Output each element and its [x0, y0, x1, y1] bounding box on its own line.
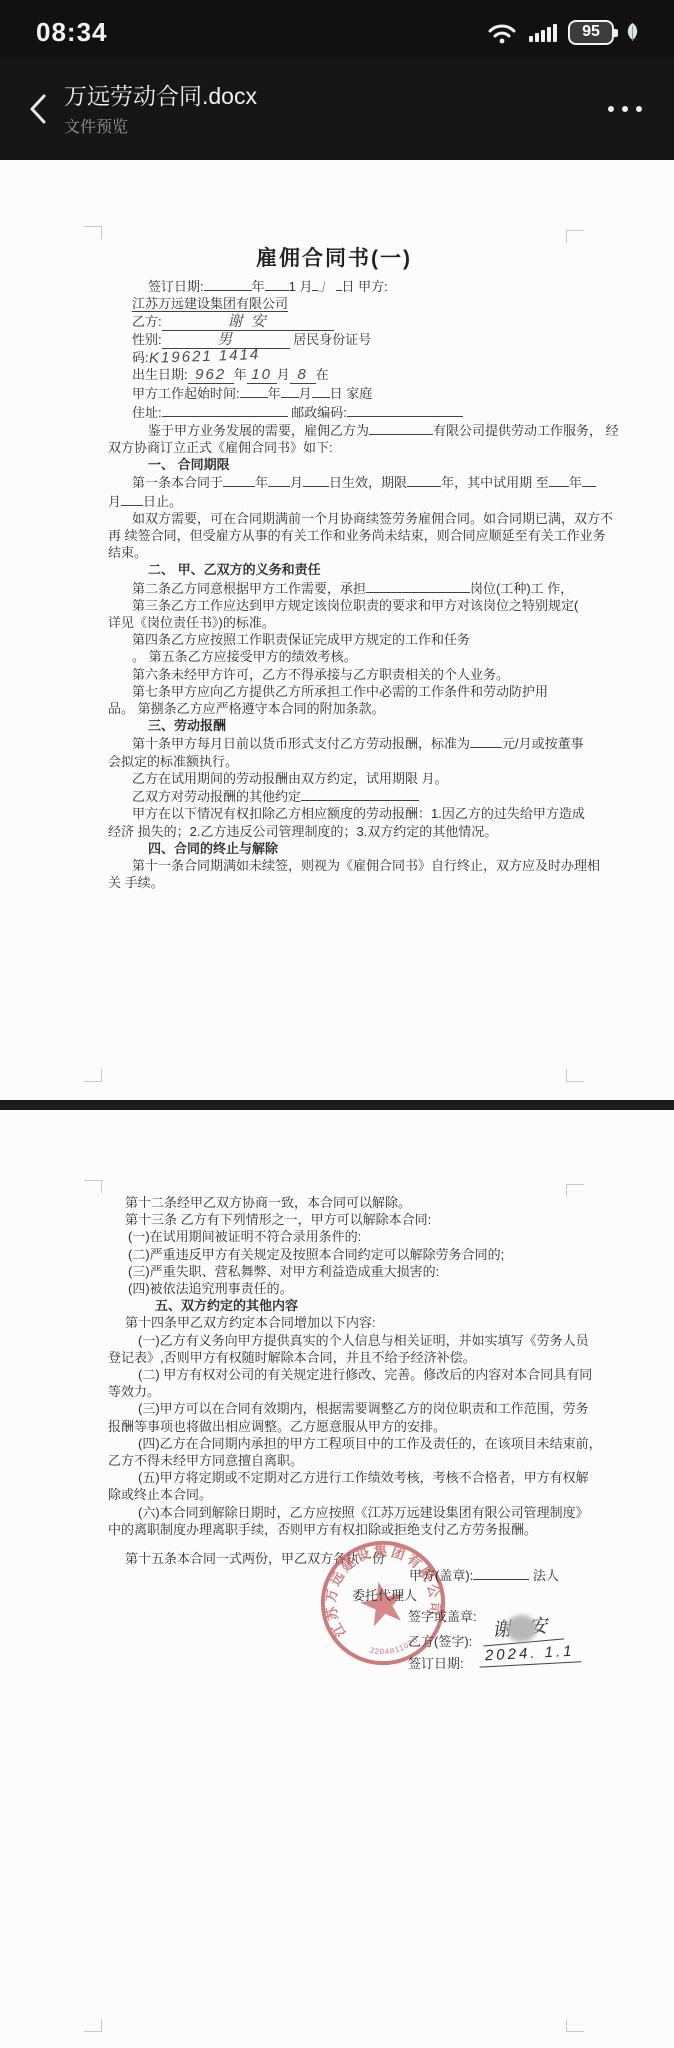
agent-label: 委托代理人 — [352, 1585, 417, 1604]
text-segment: 日 甲方: — [342, 279, 388, 294]
back-icon — [27, 92, 49, 126]
doc-line: 乙方不得未经甲方同意擅自离职。 — [108, 1452, 618, 1469]
blank-field — [162, 403, 288, 417]
party-b-label: 乙方(签字): — [408, 1631, 472, 1650]
leaf-icon — [625, 22, 640, 42]
doc-line: 鉴于甲方业务发展的需要，雇佣乙方为有限公司提供劳动工作服务， 经 — [148, 421, 618, 439]
app-bar: 万远劳动合同.docx 文件预览 — [0, 58, 674, 160]
page1-content: 雇佣合同书(一) 签订日期:年1 月」日 甲方:江苏万远建设集团有限公司乙方:谢… — [0, 160, 674, 891]
doc-line: 等效力。 — [108, 1383, 618, 1400]
doc-line: (五)甲方将定期或不定期对乙方进行工作绩效考核，考核不合格者，甲方有权解 — [138, 1469, 618, 1486]
doc-line: 五、双方约定的其他内容 — [155, 1297, 618, 1314]
text-segment: (四)被依法追究刑事责任的。 — [128, 1281, 293, 1296]
text-segment: 签订日期: — [148, 279, 204, 294]
more-icon — [608, 106, 614, 112]
doc-line: (三)甲方可以在合同有效期内，根据需要调整乙方的岗位职责和工作范围，劳务 — [138, 1400, 618, 1417]
blank-field — [312, 384, 330, 398]
text-segment: 年，其中试用期 至 — [441, 475, 549, 490]
blank-field — [121, 492, 143, 506]
text-segment: 第十条甲方每月日前以货币形式支付乙方劳动报酬，标准为 — [132, 736, 470, 751]
doc-line: 第十四条甲乙双方约定本合同增加以下内容: — [125, 1314, 618, 1331]
doc-line: 第二条乙方同意根据甲方工作需要，承担岗位(工种)工 作， — [132, 579, 618, 597]
text-segment: (三)严重失职、营私舞弊、对甲方利益造成重大损害的: — [128, 1264, 439, 1279]
doc-line: 关 手续。 — [108, 874, 618, 891]
text-segment: 月 — [277, 367, 290, 382]
blank-field — [366, 579, 470, 593]
battery-percent: 95 — [582, 23, 600, 41]
doc-line: 品。 第捌条乙方应严格遵守本合同的附加条款。 — [108, 700, 618, 717]
blank-field — [549, 473, 569, 487]
text-segment: 甲方在以下情况有权扣除乙方相应额度的劳动报酬：1.因乙方的过失给甲方造成 — [132, 806, 585, 821]
handwriting: 8 — [290, 366, 316, 384]
doc-line: 经济 损失的；2.乙方违反公司管理制度的；3.双方约定的其他情况。 — [108, 823, 618, 840]
text-segment: 有限公司提供劳动工作服务， 经 — [433, 423, 619, 438]
handwriting: K19621 1414 — [148, 346, 260, 367]
doc-line: (二) 甲方有权对公司的有关规定进行修改、完善。修改后的内容对本合同具有同 — [138, 1366, 618, 1383]
doc-line: 码: K19621 1414 — [132, 349, 618, 366]
text-segment: 三、劳动报酬 — [148, 718, 226, 733]
crop-mark — [84, 2019, 102, 2032]
crop-mark — [84, 226, 102, 239]
text-segment: 年 — [569, 475, 582, 490]
text-segment: (四)乙方在合同期内承担的甲方工程项目中的工作及责任的，在该项目未结束前， — [138, 1436, 602, 1451]
page2-content: 第十二条经甲乙双方协商一致，本合同可以解除。第十三条 乙方有下列情形之一，甲方可… — [0, 1110, 674, 1567]
doc-line: 第十二条经甲乙双方协商一致，本合同可以解除。 — [125, 1194, 618, 1211]
underlined-text: 江苏万远建设集团有限公司 — [132, 296, 288, 312]
doc-line: 第七条甲方应向乙方提供乙方所承担工作中必需的工作条件和劳动防护用 — [132, 683, 618, 700]
doc-line: 结束。 — [108, 544, 618, 561]
doc-line: 四、合同的终止与解除 — [148, 840, 618, 857]
text-segment: 第十一条合同期满如未续签，则视为《雇佣合同书》自行终止，双方应及时办理相 — [132, 858, 600, 873]
contract-page-2: 第十二条经甲乙双方协商一致，本合同可以解除。第十三条 乙方有下列情形之一，甲方可… — [0, 1110, 674, 2048]
battery-icon: 95 — [568, 20, 614, 45]
doc-line: 报酬等事项也将做出相应调整。乙方愿意服从甲方的安排。 — [108, 1418, 618, 1435]
text-segment: 元/月或按董事 — [502, 736, 584, 751]
header-titles: 万远劳动合同.docx 文件预览 — [64, 82, 598, 137]
doc-line: 中的离职制度办理离职手续，否则甲方有权扣除或拒绝支付乙方劳务报酬。 — [108, 1521, 618, 1538]
text-segment: 第三条乙方工作应达到甲方规定该岗位职责的要求和甲方对该岗位之特别规定( — [132, 598, 578, 613]
text-segment: 性别: — [132, 332, 162, 347]
crop-mark — [84, 1069, 102, 1082]
doc-line: 二、 甲、乙双方的义务和责任 — [148, 561, 618, 578]
text-segment: 。 第五条乙方应接受甲方的绩效考核。 — [132, 649, 357, 664]
wifi-icon — [486, 21, 518, 44]
doc-line: (六)本合同到解除日期时，乙方应按照《江苏万远建设集团有限公司管理制度》 — [138, 1504, 618, 1521]
text-segment: 会拟定的标准额执行。 — [108, 754, 238, 769]
blank-field — [268, 473, 290, 487]
clock: 08:34 — [36, 17, 108, 48]
contract-title: 雇佣合同书(一) — [108, 250, 560, 267]
text-segment: 鉴于甲方业务发展的需要，雇佣乙方为 — [148, 423, 369, 438]
document-viewport[interactable]: 雇佣合同书(一) 签订日期:年1 月」日 甲方:江苏万远建设集团有限公司乙方:谢… — [0, 160, 674, 2048]
back-button[interactable] — [18, 86, 58, 132]
page2-lines: 第十二条经甲乙双方协商一致，本合同可以解除。第十三条 乙方有下列情形之一，甲方可… — [108, 1194, 618, 1567]
party-a-label: 甲方(盖章): — [409, 1568, 473, 1583]
doc-line: 。 第五条乙方应接受甲方的绩效考核。 — [132, 648, 618, 665]
blank-field — [240, 384, 268, 398]
blank-field — [301, 787, 419, 801]
doc-line: 详见《岗位责任书》)的标准。 — [108, 614, 618, 631]
text-segment: 经济 损失的；2.乙方违反公司管理制度的；3.双方约定的其他情况。 — [108, 824, 497, 839]
file-title: 万远劳动合同.docx — [64, 82, 598, 110]
text-segment: (一)在试用期间被证明不符合录用条件的: — [128, 1229, 361, 1244]
text-segment: 码: — [132, 350, 149, 365]
doc-line: 甲方在以下情况有权扣除乙方相应额度的劳动报酬：1.因乙方的过失给甲方造成 — [132, 805, 618, 822]
crop-mark — [566, 2019, 584, 2032]
doc-line: 第十条甲方每月日前以货币形式支付乙方劳动报酬，标准为元/月或按董事 — [132, 734, 618, 752]
sign-date-value: 2024. 1.1 — [479, 1642, 581, 1667]
text-segment: 再 续签合同，但受雇方从事的有关工作和业务尚未结束，则合同应顺延至有关工作业务 — [108, 528, 606, 543]
text-segment: 甲方工作起始时间: — [132, 386, 240, 401]
doc-line: 性别:男 居民身份证号 — [132, 331, 618, 349]
text-segment: 乙双方对劳动报酬的其他约定 — [132, 789, 301, 804]
text-segment: 二、 甲、乙双方的义务和责任 — [148, 562, 321, 577]
text-segment: 关 手续。 — [108, 875, 164, 890]
text-segment: 年 — [252, 279, 265, 294]
doc-line: 出生日期:962年10月8在 — [132, 366, 618, 384]
handwriting: 」 — [318, 277, 336, 295]
text-segment: 第一条本合同于 — [132, 475, 223, 490]
doc-line: 乙方:谢 安 — [132, 313, 618, 331]
text-segment: 详见《岗位责任书》)的标准。 — [108, 615, 275, 630]
blank-field — [369, 421, 433, 435]
doc-line: 登记表》,否则甲方有权随时解除本合同，并且不给予经济补偿。 — [108, 1349, 618, 1366]
doc-line: 江苏万远建设集团有限公司 — [132, 295, 618, 312]
text-segment: 岗位(工种)工 作， — [470, 581, 573, 596]
text-segment: 第七条甲方应向乙方提供乙方所承担工作中必需的工作条件和劳动防护用 — [132, 684, 548, 699]
doc-line: 双方协商订立正式《雇佣合同书》如下: — [108, 439, 618, 456]
doc-line: 甲方工作起始时间:年月日 家庭 — [132, 384, 618, 402]
text-segment: 五、双方约定的其他内容 — [155, 1298, 298, 1313]
text-segment: 月 — [299, 386, 312, 401]
handwriting: 962 — [188, 366, 234, 384]
text-segment: 第四条乙方应按照工作职责保证完成甲方规定的工作和任务 — [132, 632, 470, 647]
handwriting: 10 — [247, 366, 277, 384]
blank-field — [265, 277, 289, 291]
text-segment: 第十四条甲乙双方约定本合同增加以下内容: — [125, 1315, 376, 1330]
text-segment: 四、合同的终止与解除 — [148, 841, 278, 856]
text-segment: 报酬等事项也将做出相应调整。乙方愿意服从甲方的安排。 — [108, 1419, 446, 1434]
blank-field — [582, 473, 596, 487]
text-segment: (五)甲方将定期或不定期对乙方进行工作绩效考核，考核不合格者，甲方有权解 — [138, 1470, 589, 1485]
doc-line: (四)被依法追究刑事责任的。 — [128, 1280, 618, 1297]
privacy-blur — [506, 1615, 537, 1642]
text-segment: 年 — [255, 475, 268, 490]
doc-line: (四)乙方在合同期内承担的甲方工程项目中的工作及责任的，在该项目未结束前， — [138, 1435, 618, 1452]
text-segment: 登记表》,否则甲方有权随时解除本合同，并且不给予经济补偿。 — [108, 1350, 476, 1365]
text-segment: (三)甲方可以在合同有效期内，根据需要调整乙方的岗位职责和工作范围，劳务 — [138, 1401, 589, 1416]
doc-line: 第四条乙方应按照工作职责保证完成甲方规定的工作和任务 — [132, 631, 618, 648]
doc-line: (二)严重违反甲方有关规定及按照本合同约定可以解除劳务合同的; — [128, 1246, 618, 1263]
text-segment: 结束。 — [108, 545, 147, 560]
page-divider — [0, 1100, 674, 1110]
doc-line: 第一条本合同于年月日生效，期限年，其中试用期 至年 — [132, 473, 618, 491]
doc-line: 如双方需要，可在合同期满前一个月协商续签劳务雇佣合同。如合同期已满，双方不 — [132, 510, 618, 527]
sign-or-seal-label: 签字或盖章: — [408, 1606, 477, 1625]
text-segment: (六)本合同到解除日期时，乙方应按照《江苏万远建设集团有限公司管理制度》 — [138, 1505, 589, 1520]
text-segment: 如双方需要，可在合同期满前一个月协商续签劳务雇佣合同。如合同期已满，双方不 — [132, 511, 613, 526]
doc-line: 第十三条 乙方有下列情形之一，甲方可以解除本合同: — [125, 1211, 618, 1228]
text-segment: 乙方在试用期间的劳动报酬由双方约定，试用期限 月。 — [132, 771, 448, 786]
sign-date-label: 签订日期: — [408, 1653, 464, 1672]
crop-mark — [566, 1069, 584, 1082]
phone-screen: 08:34 95 万远劳动合同.docx 文件预览 — [0, 0, 674, 2048]
blank-field — [303, 473, 329, 487]
text-segment: 日生效，期限 — [329, 475, 407, 490]
text-segment: 日止。 — [143, 494, 182, 509]
doc-line: (一)乙方有义务向甲方提供真实的个人信息与相关证明，并如实填写《劳务人员 — [138, 1332, 618, 1349]
text-segment: 第十二条经甲乙双方协商一致，本合同可以解除。 — [125, 1195, 411, 1210]
text-segment: 出生日期: — [132, 367, 188, 382]
text-segment: (二)严重违反甲方有关规定及按照本合同约定可以解除劳务合同的; — [128, 1247, 504, 1262]
text-segment: 月 — [290, 475, 303, 490]
page1-lines: 签订日期:年1 月」日 甲方:江苏万远建设集团有限公司乙方:谢 安性别:男 居民… — [108, 277, 618, 891]
crop-mark — [566, 230, 584, 243]
crop-mark — [566, 1184, 584, 1197]
blank-field — [347, 403, 463, 417]
text-segment: 第二条乙方同意根据甲方工作需要，承担 — [132, 581, 366, 596]
more-button[interactable] — [598, 96, 656, 122]
text-segment: 双方协商订立正式《雇佣合同书》如下: — [108, 440, 333, 455]
text-segment: 月 — [108, 494, 121, 509]
text-segment: 等效力。 — [108, 1384, 160, 1399]
text-segment: 年 — [268, 386, 281, 401]
doc-line: 一、 合同期限 — [148, 456, 618, 473]
text-segment: (一)乙方有义务向甲方提供真实的个人信息与相关证明，并如实填写《劳务人员 — [138, 1333, 589, 1348]
text-segment: 在 — [316, 367, 329, 382]
preview-label: 文件预览 — [64, 114, 598, 137]
text-segment: 居民身份证号 — [290, 332, 372, 347]
text-segment: 住址: — [132, 405, 162, 420]
blank-field — [473, 1566, 529, 1580]
doc-line: 第十一条合同期满如未续签，则视为《雇佣合同书》自行终止，双方应及时办理相 — [132, 857, 618, 874]
crop-mark — [84, 1180, 102, 1193]
doc-line: 住址: 邮政编码: — [132, 403, 618, 421]
more-icon — [622, 106, 628, 112]
text-segment: 邮政编码: — [288, 405, 347, 420]
doc-line: 会拟定的标准额执行。 — [108, 753, 618, 770]
text-segment: 第十三条 乙方有下列情形之一，甲方可以解除本合同: — [125, 1212, 431, 1227]
text-segment: 1 月 — [289, 279, 313, 294]
status-bar: 08:34 95 — [0, 0, 674, 58]
doc-line: 除或终止本合同。 — [108, 1486, 618, 1503]
text-segment: 年 — [234, 367, 247, 382]
text-segment: 品。 第捌条乙方应严格遵守本合同的附加条款。 — [108, 701, 385, 716]
text-segment: 除或终止本合同。 — [108, 1487, 212, 1502]
blank-field — [204, 277, 252, 291]
doc-line: (一)在试用期间被证明不符合录用条件的: — [128, 1228, 618, 1245]
party-a-seal-line: 甲方(盖章): 法人 — [409, 1565, 559, 1584]
doc-line: 第三条乙方工作应达到甲方规定该岗位职责的要求和甲方对该岗位之特别规定( — [132, 597, 618, 614]
legal-person-label: 法人 — [533, 1568, 559, 1583]
text-segment: 乙方: — [132, 314, 162, 329]
text-segment: 第六条未经甲方许可，乙方不得承接与乙方职责相关的个人业务。 — [132, 667, 509, 682]
doc-line: 乙方在试用期间的劳动报酬由双方约定，试用期限 月。 — [132, 770, 618, 787]
doc-line: (三)严重失职、营私舞弊、对甲方利益造成重大损害的: — [128, 1263, 618, 1280]
doc-line: 第六条未经甲方许可，乙方不得承接与乙方职责相关的个人业务。 — [132, 666, 618, 683]
contract-page-1: 雇佣合同书(一) 签订日期:年1 月」日 甲方:江苏万远建设集团有限公司乙方:谢… — [0, 160, 674, 1100]
signal-icon — [529, 23, 557, 42]
handwriting: 谢 安 — [162, 313, 334, 331]
doc-line: 三、劳动报酬 — [148, 717, 618, 734]
blank-field — [407, 473, 441, 487]
more-icon — [636, 106, 642, 112]
text-segment: 一、 合同期限 — [148, 457, 230, 472]
text-segment: (二) 甲方有权对公司的有关规定进行修改、完善。修改后的内容对本合同具有同 — [138, 1367, 592, 1382]
status-icons: 95 — [486, 20, 640, 45]
blank-field — [223, 473, 255, 487]
blank-field — [281, 384, 299, 398]
blank-field — [470, 734, 502, 748]
doc-line: 签订日期:年1 月」日 甲方: — [148, 277, 618, 295]
doc-line: 乙双方对劳动报酬的其他约定 — [132, 787, 618, 805]
text-segment: 中的离职制度办理离职手续，否则甲方有权扣除或拒绝支付乙方劳务报酬。 — [108, 1522, 537, 1537]
doc-line: 月日止。 — [108, 492, 618, 510]
text-segment: 日 家庭 — [330, 386, 373, 401]
doc-line: 再 续签合同，但受雇方从事的有关工作和业务尚未结束，则合同应顺延至有关工作业务 — [108, 527, 618, 544]
text-segment: 乙方不得未经甲方同意擅自离职。 — [108, 1453, 303, 1468]
